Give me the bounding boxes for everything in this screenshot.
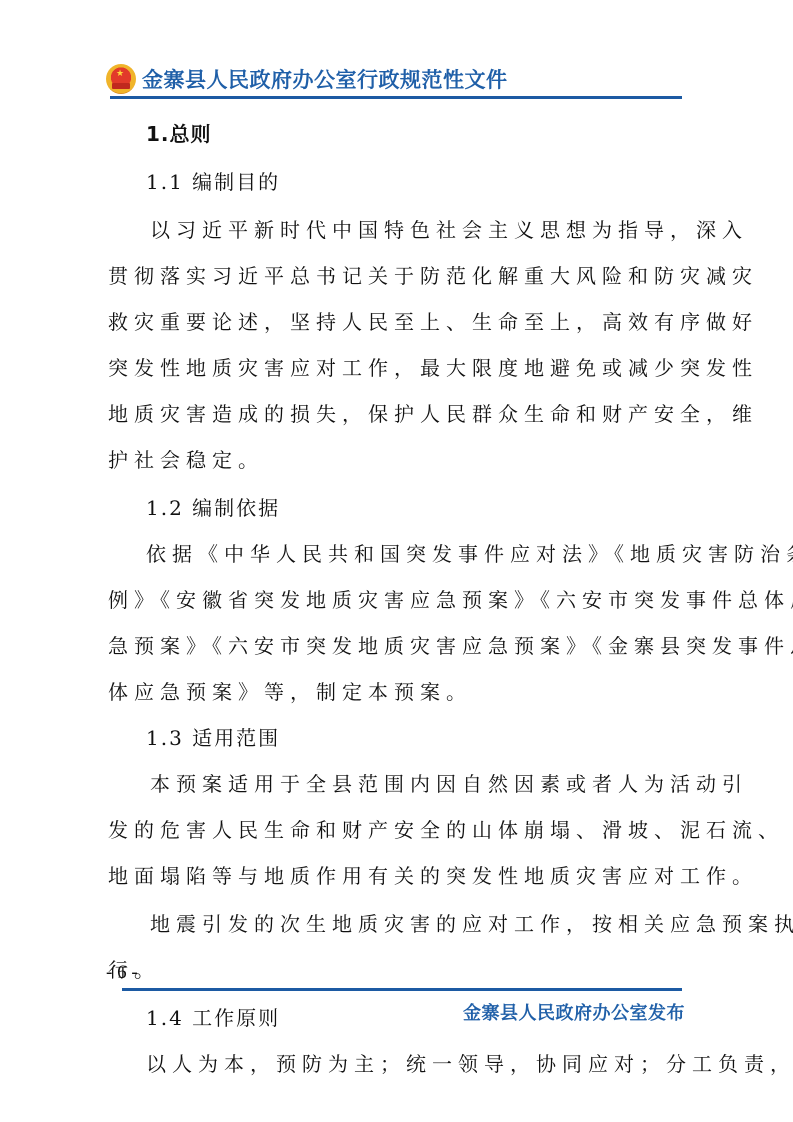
national-emblem-icon: ★ bbox=[106, 64, 136, 94]
paragraph-line: 以习近平新时代中国特色社会主义思想为指导，深入 bbox=[150, 214, 748, 243]
page-number: - 6 - bbox=[106, 962, 138, 984]
document-page: ★ 金寨县人民政府办公室行政规范性文件 1.总则1.1 编制目的以习近平新时代中… bbox=[0, 0, 793, 1122]
paragraph-line: 救灾重要论述，坚持人民至上、生命至上，高效有序做好 bbox=[108, 306, 758, 335]
subsection-heading: 1.1 编制目的 bbox=[146, 166, 280, 195]
paragraph-line: 例》《安徽省突发地质灾害应急预案》《六安市突发事件总体应 bbox=[108, 584, 793, 613]
paragraph-line: 护社会稳定。 bbox=[108, 444, 264, 473]
paragraph-line: 贯彻落实习近平总书记关于防范化解重大风险和防灾减灾 bbox=[108, 260, 758, 289]
document-header: ★ 金寨县人民政府办公室行政规范性文件 bbox=[106, 62, 508, 96]
footer-divider bbox=[122, 988, 682, 991]
header-divider bbox=[110, 96, 682, 99]
paragraph-line: 本预案适用于全县范围内因自然因素或者人为活动引 bbox=[150, 768, 748, 797]
subsection-heading: 1.2 编制依据 bbox=[146, 492, 280, 521]
subsection-heading: 1.4 工作原则 bbox=[146, 1002, 280, 1031]
footer-publisher: 金寨县人民政府办公室发布 bbox=[463, 999, 685, 1025]
paragraph-line: 突发性地质灾害应对工作，最大限度地避免或减少突发性 bbox=[108, 352, 758, 381]
paragraph-line: 地面塌陷等与地质作用有关的突发性地质灾害应对工作。 bbox=[108, 860, 758, 889]
subsection-heading: 1.3 适用范围 bbox=[146, 722, 280, 751]
paragraph-line: 地质灾害造成的损失，保护人民群众生命和财产安全，维 bbox=[108, 398, 758, 427]
section-heading: 1.总则 bbox=[146, 118, 212, 147]
paragraph-line: 体应急预案》等，制定本预案。 bbox=[108, 676, 472, 705]
header-title: 金寨县人民政府办公室行政规范性文件 bbox=[142, 64, 508, 94]
paragraph-line: 依据《中华人民共和国突发事件应对法》《地质灾害防治条 bbox=[146, 538, 793, 567]
paragraph-line: 发的危害人民生命和财产安全的山体崩塌、滑坡、泥石流、 bbox=[108, 814, 784, 843]
paragraph-line: 以人为本，预防为主；统一领导，协同应对；分工负责，快 bbox=[146, 1048, 793, 1077]
paragraph-line: 地震引发的次生地质灾害的应对工作，按相关应急预案执 bbox=[150, 908, 793, 937]
paragraph-line: 急预案》《六安市突发地质灾害应急预案》《金寨县突发事件总 bbox=[108, 630, 793, 659]
